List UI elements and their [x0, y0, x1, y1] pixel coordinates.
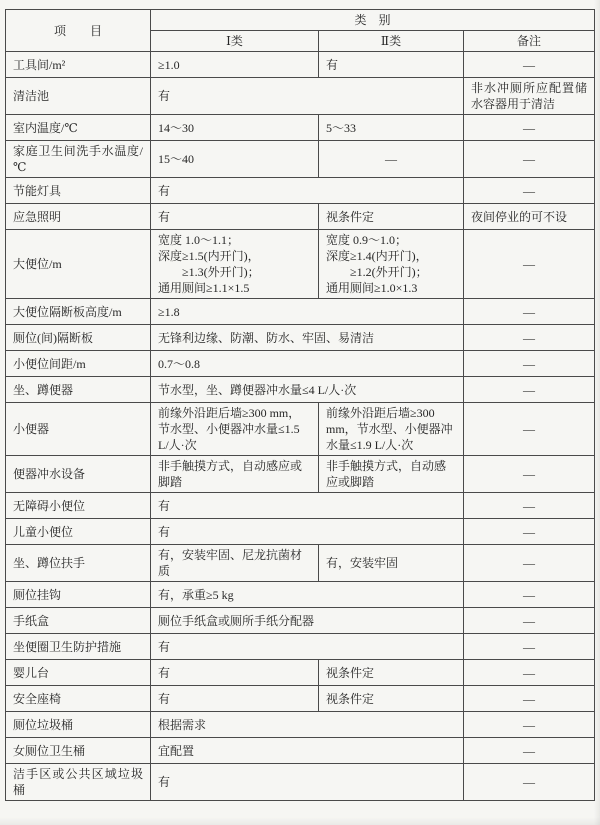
class-1-cell: 15～40: [151, 141, 319, 178]
class-1-2-cell: 无锋利边缘、防潮、防水、牢固、易清洁: [151, 325, 464, 351]
remark-cell: —: [464, 764, 595, 801]
class-2-cell: 视条件定: [319, 204, 464, 230]
table-row: 无障碍小便位有—: [6, 493, 595, 519]
class-1-2-cell: 有，承重≥5 kg: [151, 582, 464, 608]
class-2-cell: 有，安装牢固: [319, 545, 464, 582]
item-cell: 坐、蹲便器: [6, 377, 151, 403]
table-body: 工具间/m²≥1.0有—清洁池有非水冲厕所应配置储水容器用于清洁室内温度/℃14…: [6, 52, 595, 801]
item-cell: 婴儿台: [6, 660, 151, 686]
remark-cell: —: [464, 115, 595, 141]
class-1-cell: 14～30: [151, 115, 319, 141]
item-cell: 清洁池: [6, 78, 151, 115]
item-cell: 室内温度/℃: [6, 115, 151, 141]
item-cell: 工具间/m²: [6, 52, 151, 78]
table-header: 项 目 类 别 Ⅰ类 Ⅱ类 备注: [6, 10, 595, 52]
table-row: 厕位挂钩有，承重≥5 kg—: [6, 582, 595, 608]
document-page: 项 目 类 别 Ⅰ类 Ⅱ类 备注 工具间/m²≥1.0有—清洁池有非水冲厕所应配…: [0, 0, 600, 825]
remark-cell: —: [464, 493, 595, 519]
remark-cell: —: [464, 141, 595, 178]
item-cell: 无障碍小便位: [6, 493, 151, 519]
class-1-cell: 宽度 1.0～1.1； 深度≥1.5(内开门)， ≥1.3(外开门)； 通用厕间…: [151, 230, 319, 299]
item-cell: 厕位垃圾桶: [6, 712, 151, 738]
item-cell: 便器冲水设备: [6, 456, 151, 493]
remark-cell: —: [464, 52, 595, 78]
table-row: 工具间/m²≥1.0有—: [6, 52, 595, 78]
remark-cell: —: [464, 686, 595, 712]
class-1-2-cell: 根据需求: [151, 712, 464, 738]
remark-cell: —: [464, 738, 595, 764]
table-row: 应急照明有视条件定夜间停业的可不设: [6, 204, 595, 230]
table-row: 坐、蹲便器节水型，坐、蹲便器冲水量≤4 L/人·次—: [6, 377, 595, 403]
remark-cell: —: [464, 660, 595, 686]
remark-cell: —: [464, 299, 595, 325]
item-cell: 小便器: [6, 403, 151, 456]
class-1-2-cell: 0.7～0.8: [151, 351, 464, 377]
table-row: 女厕位卫生桶宜配置—: [6, 738, 595, 764]
remark-cell: —: [464, 325, 595, 351]
class-1-cell: 前缘外沿距后墙≥300 mm，节水型、小便器冲水量≤1.5 L/人·次: [151, 403, 319, 456]
table-row: 节能灯具有—: [6, 178, 595, 204]
class-1-cell: 非手触摸方式，自动感应或脚踏: [151, 456, 319, 493]
remark-cell: 非水冲厕所应配置储水容器用于清洁: [464, 78, 595, 115]
item-cell: 儿童小便位: [6, 519, 151, 545]
remark-cell: —: [464, 230, 595, 299]
item-cell: 安全座椅: [6, 686, 151, 712]
remark-cell: —: [464, 403, 595, 456]
header-row-category: 项 目 类 别: [6, 10, 595, 31]
remark-cell: —: [464, 351, 595, 377]
class-2-cell: 5～33: [319, 115, 464, 141]
spec-table: 项 目 类 别 Ⅰ类 Ⅱ类 备注 工具间/m²≥1.0有—清洁池有非水冲厕所应配…: [5, 9, 595, 801]
table-row: 小便位间距/m0.7～0.8—: [6, 351, 595, 377]
class-2-cell: 有: [319, 52, 464, 78]
table-row: 家庭卫生间洗手水温度/℃15～40——: [6, 141, 595, 178]
item-cell: 女厕位卫生桶: [6, 738, 151, 764]
item-cell: 节能灯具: [6, 178, 151, 204]
item-cell: 大便位/m: [6, 230, 151, 299]
class-2-cell: —: [319, 141, 464, 178]
class-1-2-cell: ≥1.8: [151, 299, 464, 325]
class-1-cell: 有，安装牢固、尼龙抗菌材质: [151, 545, 319, 582]
table-row: 清洁池有非水冲厕所应配置储水容器用于清洁: [6, 78, 595, 115]
class-1-2-cell: 有: [151, 178, 464, 204]
header-item: 项 目: [6, 10, 151, 52]
remark-cell: —: [464, 456, 595, 493]
item-cell: 厕位挂钩: [6, 582, 151, 608]
class-1-2-cell: 有: [151, 78, 464, 115]
item-cell: 手纸盒: [6, 608, 151, 634]
class-1-2-cell: 有: [151, 634, 464, 660]
class-2-cell: 视条件定: [319, 660, 464, 686]
table-row: 洁手区或公共区域垃圾桶有—: [6, 764, 595, 801]
table-row: 坐、蹲位扶手有，安装牢固、尼龙抗菌材质有，安装牢固—: [6, 545, 595, 582]
table-row: 厕位(间)隔断板无锋利边缘、防潮、防水、牢固、易清洁—: [6, 325, 595, 351]
class-1-2-cell: 有: [151, 519, 464, 545]
remark-cell: 夜间停业的可不设: [464, 204, 595, 230]
class-1-2-cell: 厕位手纸盒或厕所手纸分配器: [151, 608, 464, 634]
remark-cell: —: [464, 712, 595, 738]
header-category: 类 别: [151, 10, 595, 31]
item-cell: 洁手区或公共区域垃圾桶: [6, 764, 151, 801]
remark-cell: —: [464, 545, 595, 582]
table-row: 大便位隔断板高度/m≥1.8—: [6, 299, 595, 325]
class-1-cell: 有: [151, 686, 319, 712]
class-1-2-cell: 有: [151, 493, 464, 519]
class-1-cell: 有: [151, 204, 319, 230]
table-row: 儿童小便位有—: [6, 519, 595, 545]
header-remark: 备注: [464, 31, 595, 52]
item-cell: 小便位间距/m: [6, 351, 151, 377]
remark-cell: —: [464, 178, 595, 204]
item-cell: 厕位(间)隔断板: [6, 325, 151, 351]
header-class-2: Ⅱ类: [319, 31, 464, 52]
item-cell: 应急照明: [6, 204, 151, 230]
class-2-cell: 前缘外沿距后墙≥300 mm，节水型、小便器冲水量≤1.9 L/人·次: [319, 403, 464, 456]
class-1-2-cell: 节水型，坐、蹲便器冲水量≤4 L/人·次: [151, 377, 464, 403]
table-row: 坐便圈卫生防护措施有—: [6, 634, 595, 660]
table-row: 室内温度/℃14～305～33—: [6, 115, 595, 141]
table-row: 厕位垃圾桶根据需求—: [6, 712, 595, 738]
item-cell: 坐、蹲位扶手: [6, 545, 151, 582]
class-1-2-cell: 宜配置: [151, 738, 464, 764]
class-2-cell: 非手触摸方式，自动感应或脚踏: [319, 456, 464, 493]
remark-cell: —: [464, 519, 595, 545]
table-row: 大便位/m宽度 1.0～1.1； 深度≥1.5(内开门)， ≥1.3(外开门)；…: [6, 230, 595, 299]
class-1-cell: 有: [151, 660, 319, 686]
remark-cell: —: [464, 634, 595, 660]
item-cell: 家庭卫生间洗手水温度/℃: [6, 141, 151, 178]
table-row: 小便器前缘外沿距后墙≥300 mm，节水型、小便器冲水量≤1.5 L/人·次前缘…: [6, 403, 595, 456]
item-cell: 坐便圈卫生防护措施: [6, 634, 151, 660]
remark-cell: —: [464, 582, 595, 608]
remark-cell: —: [464, 608, 595, 634]
table-row: 婴儿台有视条件定—: [6, 660, 595, 686]
class-1-cell: ≥1.0: [151, 52, 319, 78]
class-2-cell: 视条件定: [319, 686, 464, 712]
header-class-1: Ⅰ类: [151, 31, 319, 52]
table-row: 手纸盒厕位手纸盒或厕所手纸分配器—: [6, 608, 595, 634]
item-cell: 大便位隔断板高度/m: [6, 299, 151, 325]
class-1-2-cell: 有: [151, 764, 464, 801]
remark-cell: —: [464, 377, 595, 403]
table-row: 便器冲水设备非手触摸方式，自动感应或脚踏非手触摸方式，自动感应或脚踏—: [6, 456, 595, 493]
class-2-cell: 宽度 0.9～1.0； 深度≥1.4(内开门)， ≥1.2(外开门)； 通用厕间…: [319, 230, 464, 299]
table-row: 安全座椅有视条件定—: [6, 686, 595, 712]
